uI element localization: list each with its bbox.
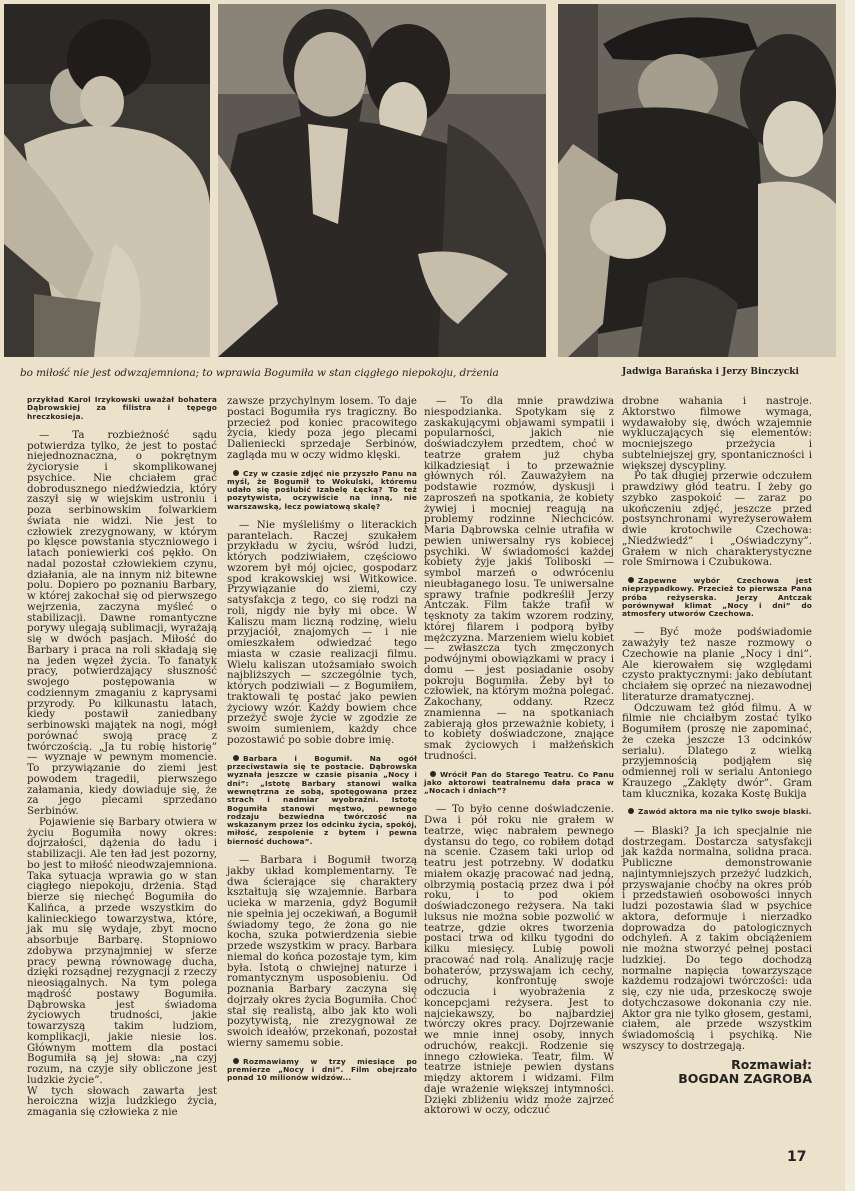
photo-center	[218, 4, 546, 357]
photo-left	[4, 4, 210, 357]
magazine-page: bo miłość nie jest odwzajemniona; to wpr…	[0, 0, 845, 1191]
answer-paragraph: — Ta rozbieżność sądu potwierdza tylko, …	[27, 430, 217, 817]
answer-paragraph: — Barbara i Bogumił tworzą jakby układ k…	[227, 855, 417, 1049]
interview-question: Czy w czasie zdjęć nie przyszło Panu na …	[227, 470, 417, 511]
signature-name: BOGDAN ZAGROBA	[622, 1072, 812, 1086]
bullet-icon	[628, 808, 634, 814]
photo-credit: Jadwiga Barańska i Jerzy Binczycki	[622, 367, 799, 377]
answer-paragraph: Pojawienie się Barbary otwiera w życiu B…	[27, 817, 217, 1086]
bullet-icon	[628, 577, 634, 583]
page-edge	[845, 0, 855, 1191]
answer-paragraph: Po tak długiej przerwie odczułem prawdzi…	[622, 471, 812, 568]
film-still-image-right	[558, 4, 836, 357]
interview-question: Zapewne wybór Czechowa jest nieprzypadko…	[622, 577, 812, 618]
photo-caption: bo miłość nie jest odwzajemniona; to wpr…	[20, 367, 499, 379]
interview-question: Barbara i Bogumił. Na ogół przeciwstawia…	[227, 755, 417, 846]
author-signature: Rozmawiał:BOGDAN ZAGROBA	[622, 1058, 812, 1086]
bullet-icon	[233, 470, 239, 476]
answer-paragraph: zawsze przychylnym losem. To daje postac…	[227, 396, 417, 461]
answer-paragraph: W tych słowach zawarta jest heroiczna wi…	[27, 1086, 217, 1118]
answer-paragraph: — To dla mnie prawdziwa niespodzianka. S…	[424, 396, 614, 762]
answer-paragraph: Odczuwam też głód filmu. A w filmie nie …	[622, 703, 812, 800]
text-column-3: — To dla mnie prawdziwa niespodzianka. S…	[424, 396, 614, 1116]
answer-paragraph: — Być może podświadomie zaważyły też nas…	[622, 627, 812, 702]
film-still-image-center	[218, 4, 546, 357]
answer-paragraph: — To było cenne doświadczenie. Dwa i pół…	[424, 804, 614, 1116]
text-column-4: drobne wahania i nastroje. Aktorstwo fil…	[622, 396, 812, 1086]
text-column-2: zawsze przychylnym losem. To daje postac…	[227, 396, 417, 1091]
bullet-icon	[233, 1058, 239, 1064]
page-number: 17	[787, 1149, 806, 1165]
interview-question: Wrócił Pan do Starego Teatru. Co Panu ja…	[424, 771, 614, 796]
photo-right	[558, 4, 836, 357]
text-column-1: przykład Karol Irzykowski uważał bohater…	[27, 396, 217, 1118]
answer-paragraph: — Nie myśleliśmy o literackich parantela…	[227, 520, 417, 746]
signature-label: Rozmawiał:	[622, 1058, 812, 1072]
bullet-icon	[233, 755, 239, 761]
interview-question: Rozmawiamy w trzy miesiące po premierze …	[227, 1058, 417, 1083]
answer-paragraph: — Blaski? Ja ich specjalnie nie dostrzeg…	[622, 826, 812, 1052]
interview-question: Zawód aktora ma nie tylko swoje blaski.	[622, 808, 812, 816]
answer-paragraph: drobne wahania i nastroje. Aktorstwo fil…	[622, 396, 812, 471]
film-still-image-left	[4, 4, 210, 357]
question-continuation: przykład Karol Irzykowski uważał bohater…	[27, 396, 217, 421]
bullet-icon	[430, 771, 436, 777]
